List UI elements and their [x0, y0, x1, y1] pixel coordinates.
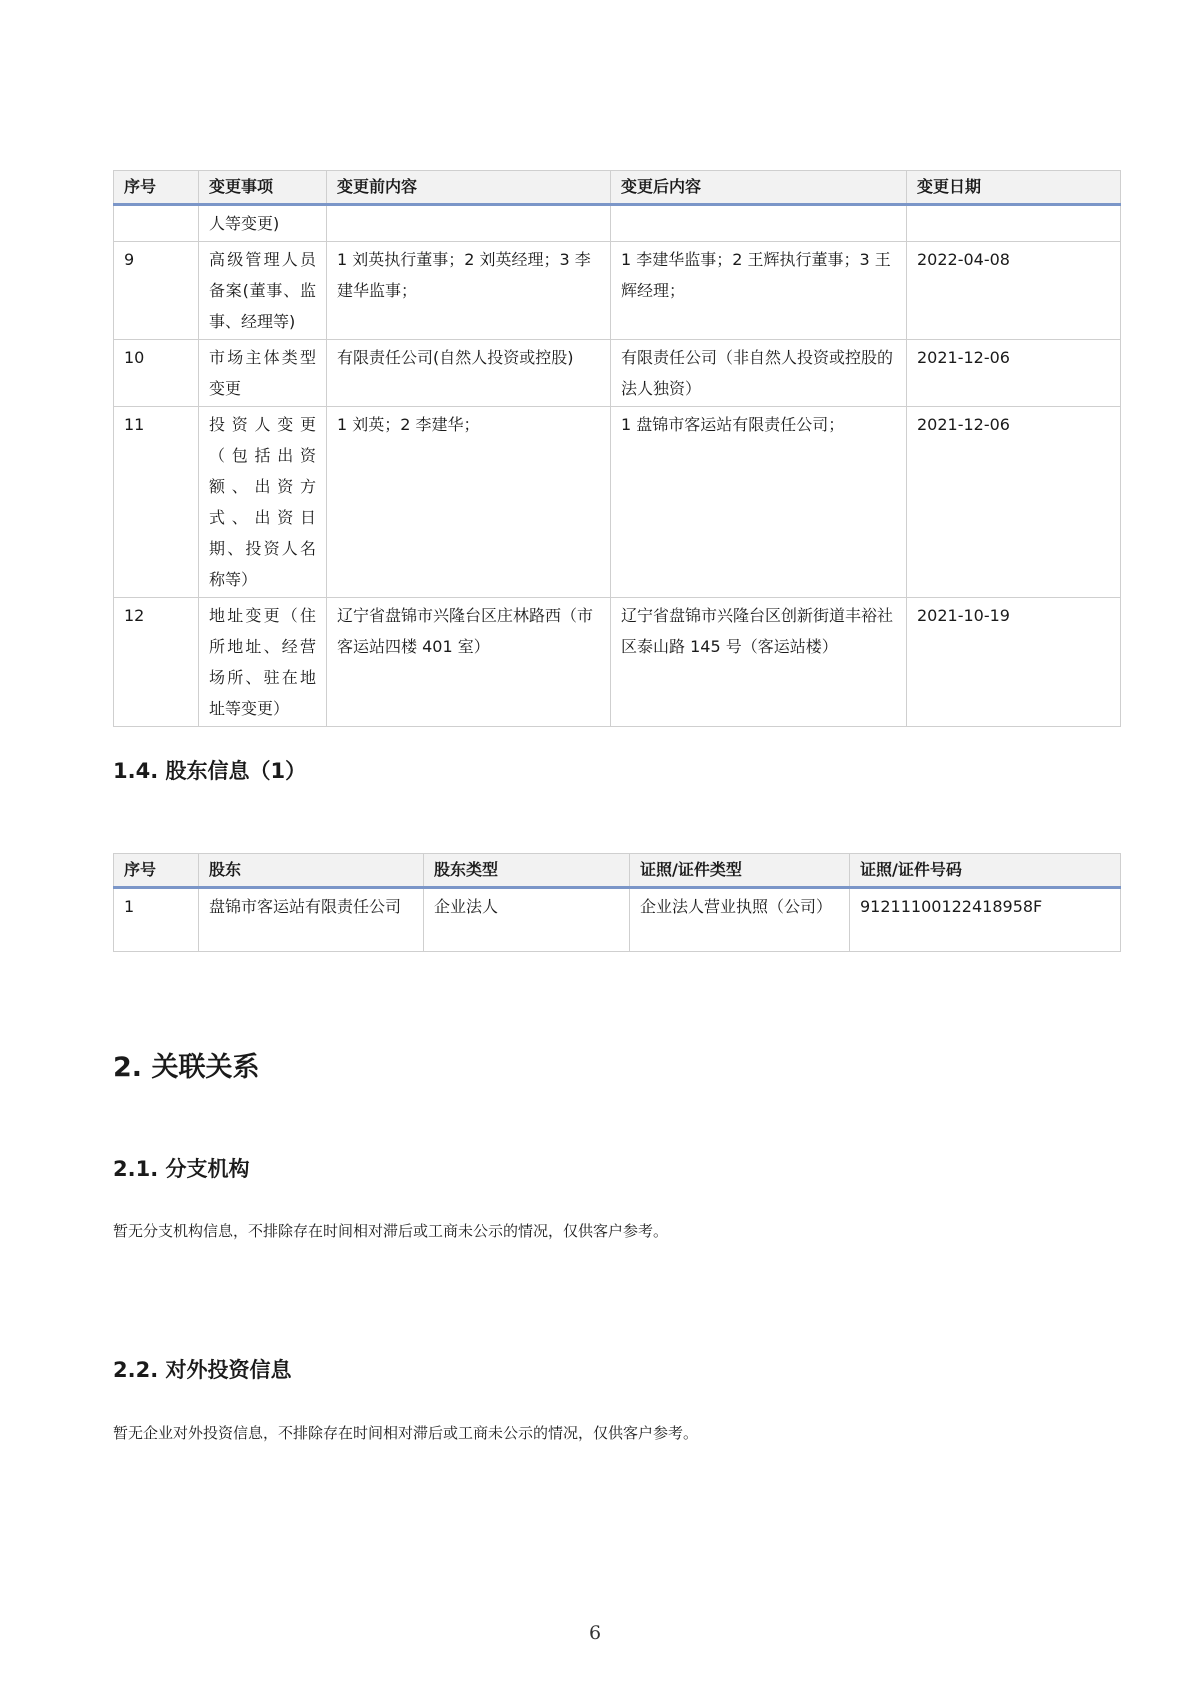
table-row: 1 盘锦市客运站有限责任公司 企业法人 企业法人营业执照（公司） 9121110…: [114, 888, 1121, 952]
col-header-cert-type: 证照/证件类型: [630, 854, 850, 888]
cell-item: 市场主体类型变更: [199, 340, 327, 407]
cell-item: 人等变更): [199, 205, 327, 242]
cell-before: 1 刘英；2 李建华；: [327, 407, 611, 598]
cell-no: 11: [114, 407, 199, 598]
col-header-cert-no: 证照/证件号码: [850, 854, 1121, 888]
cell-date: 2021-12-06: [907, 407, 1121, 598]
cell-item: 高级管理人员备案(董事、监事、经理等): [199, 242, 327, 340]
branches-note: 暂无分支机构信息，不排除存在时间相对滞后或工商未公示的情况，仅供客户参考。: [113, 1220, 668, 1241]
cell-after: 1 李建华监事；2 王辉执行董事；3 王辉经理；: [611, 242, 907, 340]
cell-date: 2022-04-08: [907, 242, 1121, 340]
cell-before: 辽宁省盘锦市兴隆台区庄林路西（市客运站四楼 401 室）: [327, 598, 611, 727]
col-header-no: 序号: [114, 854, 199, 888]
shareholders-table: 序号 股东 股东类型 证照/证件类型 证照/证件号码 1 盘锦市客运站有限责任公…: [113, 853, 1121, 952]
col-header-shareholder: 股东: [199, 854, 424, 888]
table-row: 10 市场主体类型变更 有限责任公司(自然人投资或控股) 有限责任公司（非自然人…: [114, 340, 1121, 407]
cell-no: [114, 205, 199, 242]
cell-shareholder: 盘锦市客运站有限责任公司: [199, 888, 424, 952]
table-header-row: 序号 股东 股东类型 证照/证件类型 证照/证件号码: [114, 854, 1121, 888]
col-header-shareholder-type: 股东类型: [424, 854, 630, 888]
section-heading-investments: 2.2. 对外投资信息: [113, 1354, 292, 1384]
cell-before: 有限责任公司(自然人投资或控股): [327, 340, 611, 407]
cell-date: 2021-12-06: [907, 340, 1121, 407]
cell-item: 投资人变更（包括出资额、出资方式、出资日期、投资人名称等）: [199, 407, 327, 598]
col-header-after: 变更后内容: [611, 171, 907, 205]
cell-no: 9: [114, 242, 199, 340]
col-header-before: 变更前内容: [327, 171, 611, 205]
page-number: 6: [0, 1622, 1190, 1644]
table-row: 9 高级管理人员备案(董事、监事、经理等) 1 刘英执行董事；2 刘英经理；3 …: [114, 242, 1121, 340]
cell-date: 2021-10-19: [907, 598, 1121, 727]
section-heading-shareholders: 1.4. 股东信息（1）: [113, 755, 306, 785]
cell-after: [611, 205, 907, 242]
section-heading-branches: 2.1. 分支机构: [113, 1153, 250, 1183]
cell-before: [327, 205, 611, 242]
investments-note: 暂无企业对外投资信息，不排除存在时间相对滞后或工商未公示的情况，仅供客户参考。: [113, 1422, 698, 1443]
cell-date: [907, 205, 1121, 242]
cell-no: 12: [114, 598, 199, 727]
cell-before: 1 刘英执行董事；2 刘英经理；3 李建华监事；: [327, 242, 611, 340]
table-row: 12 地址变更（住所地址、经营场所、驻在地址等变更） 辽宁省盘锦市兴隆台区庄林路…: [114, 598, 1121, 727]
col-header-item: 变更事项: [199, 171, 327, 205]
cell-after: 1 盘锦市客运站有限责任公司；: [611, 407, 907, 598]
table-row: 人等变更): [114, 205, 1121, 242]
col-header-no: 序号: [114, 171, 199, 205]
table-row: 11 投资人变更（包括出资额、出资方式、出资日期、投资人名称等） 1 刘英；2 …: [114, 407, 1121, 598]
col-header-date: 变更日期: [907, 171, 1121, 205]
cell-no: 10: [114, 340, 199, 407]
cell-cert-type: 企业法人营业执照（公司）: [630, 888, 850, 952]
cell-shareholder-type: 企业法人: [424, 888, 630, 952]
cell-cert-no: 91211100122418958F: [850, 888, 1121, 952]
cell-after: 辽宁省盘锦市兴隆台区创新街道丰裕社区泰山路 145 号（客运站楼）: [611, 598, 907, 727]
table-header-row: 序号 变更事项 变更前内容 变更后内容 变更日期: [114, 171, 1121, 205]
cell-no: 1: [114, 888, 199, 952]
section-heading-related: 2. 关联关系: [113, 1045, 259, 1084]
change-records-table: 序号 变更事项 变更前内容 变更后内容 变更日期 人等变更) 9 高级管理人员备…: [113, 170, 1121, 727]
cell-after: 有限责任公司（非自然人投资或控股的法人独资）: [611, 340, 907, 407]
cell-item: 地址变更（住所地址、经营场所、驻在地址等变更）: [199, 598, 327, 727]
